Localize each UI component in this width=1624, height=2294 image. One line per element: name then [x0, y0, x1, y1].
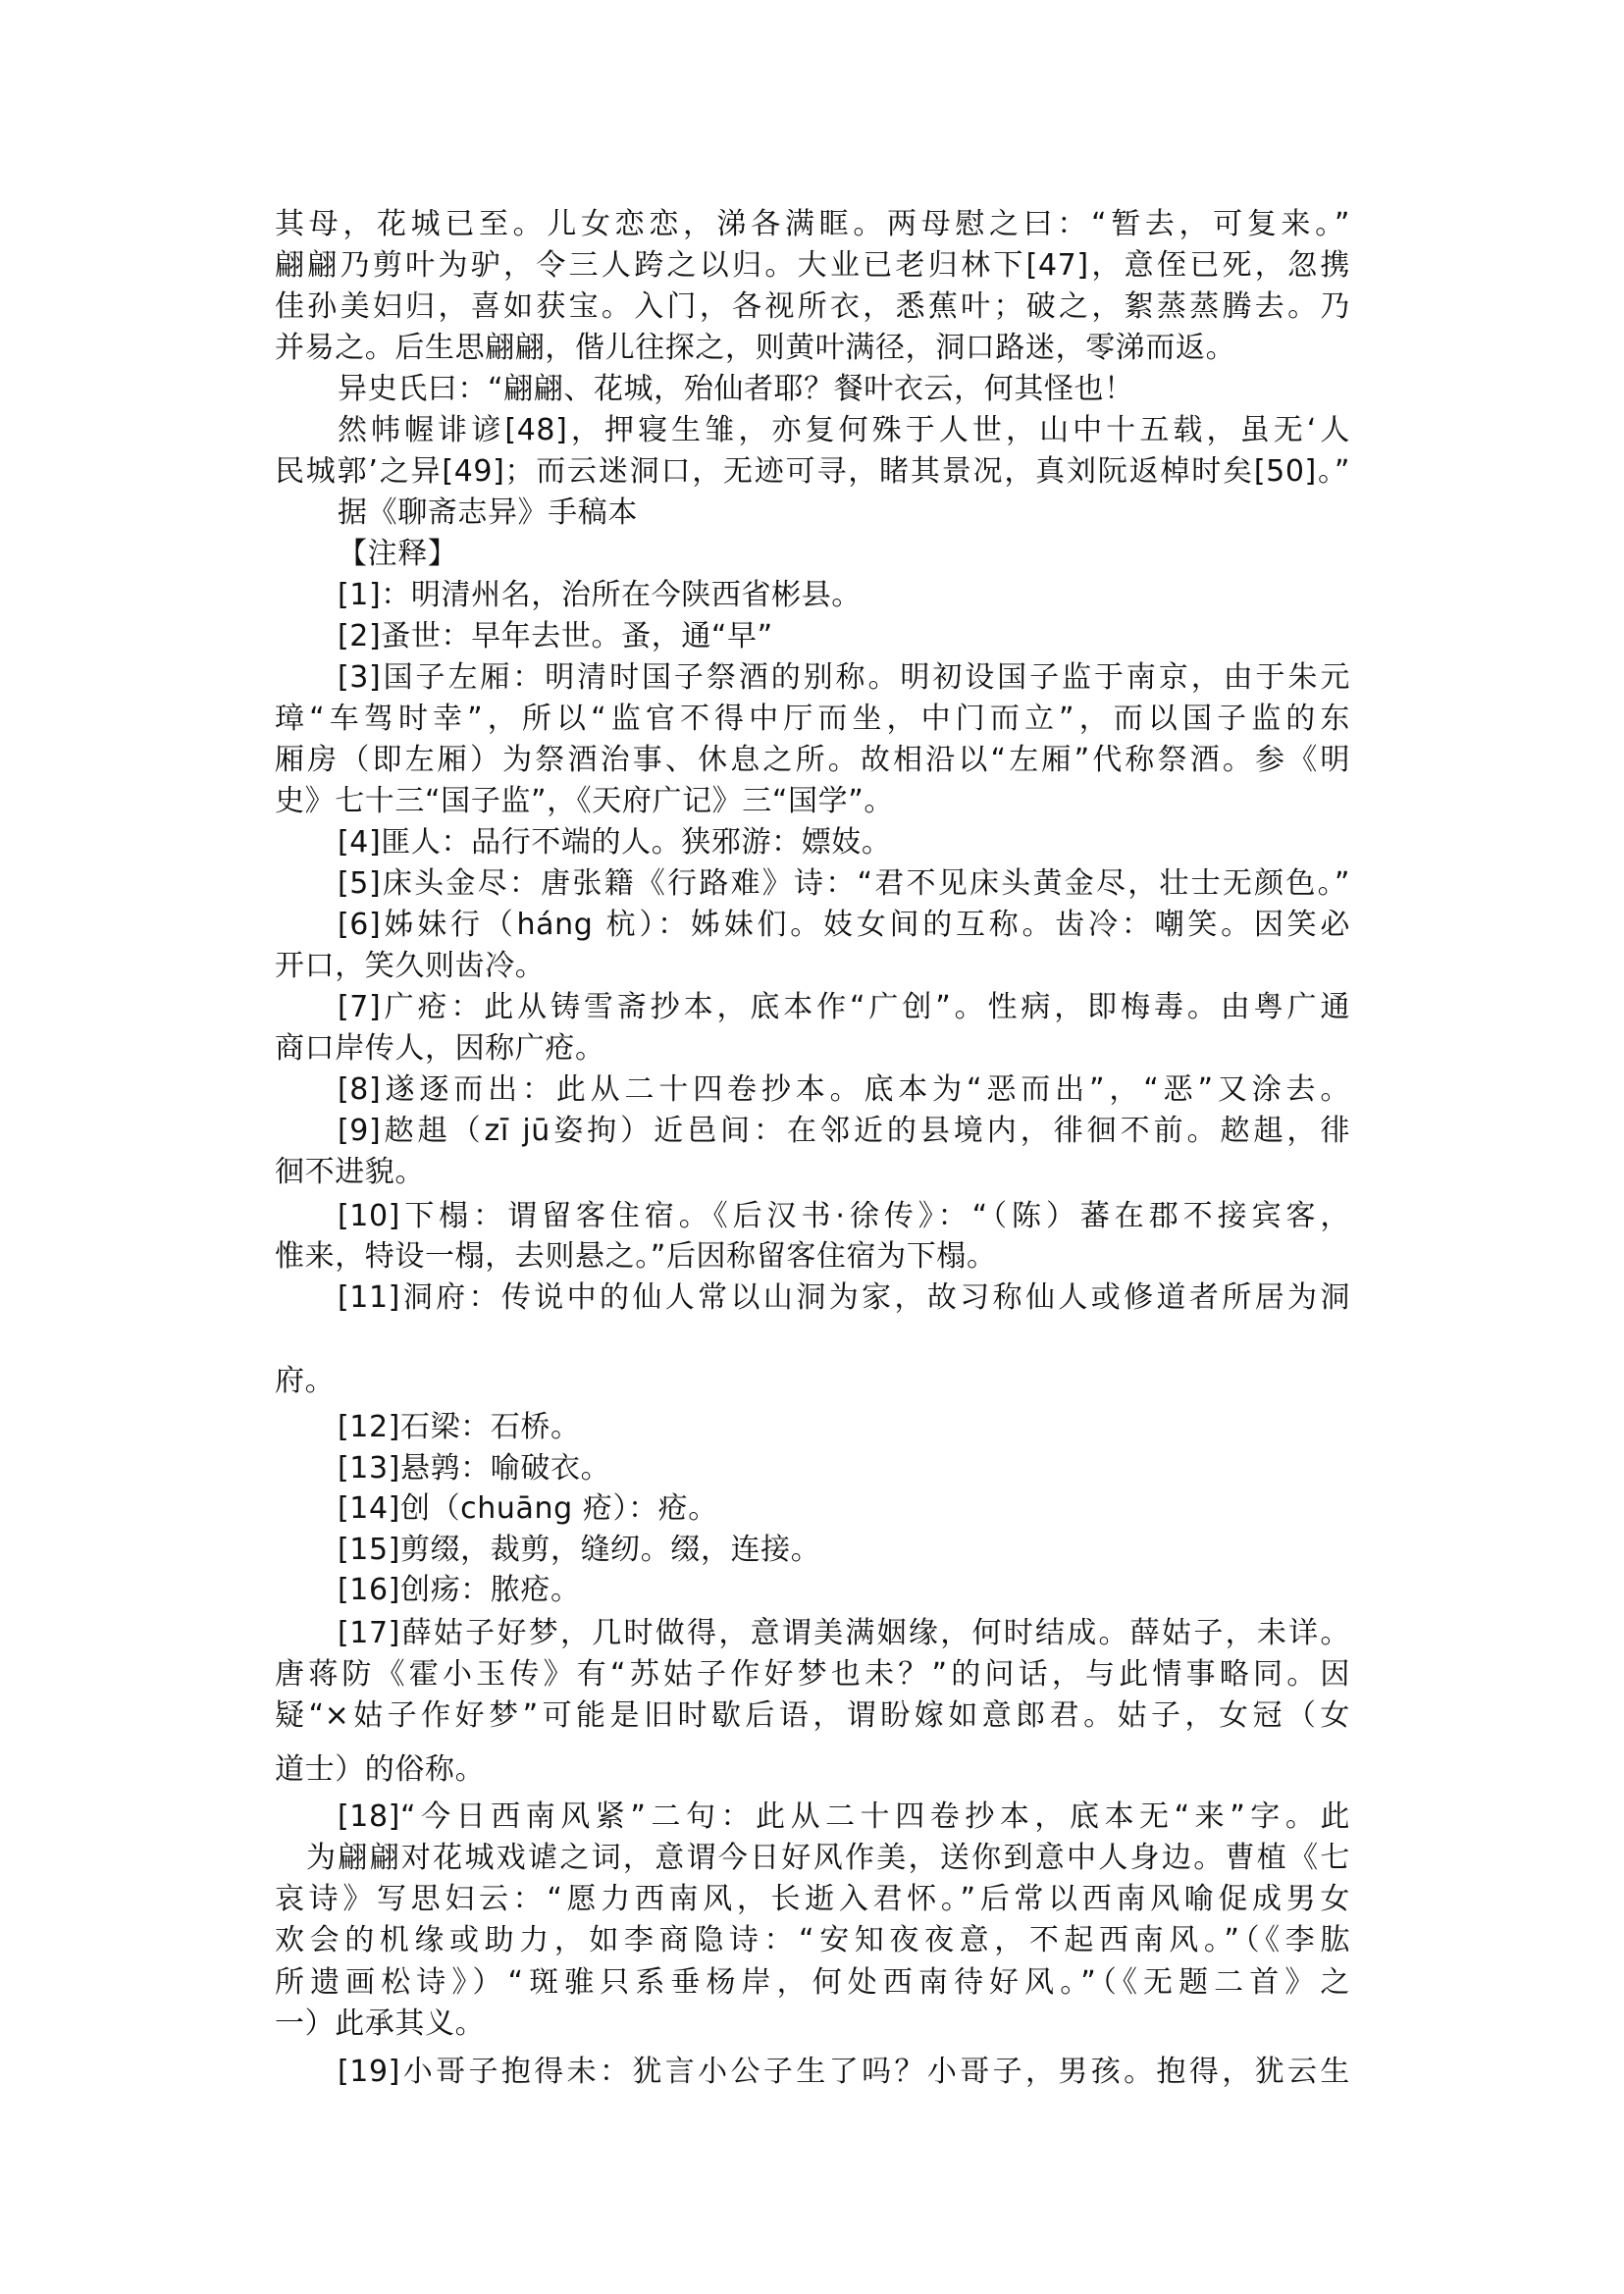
- text-line: [6]姊妹行（háng 杭）：姊妹们。妓女间的互称。齿冷：嘲笑。因笑必: [338, 906, 1350, 945]
- text-line: [11]洞府：传说中的仙人常以山洞为家，故习称仙人或修道者所居为洞: [338, 1278, 1350, 1318]
- text-line: 【注释】: [338, 535, 1350, 574]
- text-line: [18]“今日西南风紧”二句：此从二十四卷抄本，底本无“来”字。此: [338, 1798, 1350, 1837]
- text-line: [2]蚤世：早年去世。蚤，通“早”: [338, 617, 1350, 656]
- text-line: 史》七十三“国子监”，《天府广记》三“国学”。: [275, 782, 1350, 821]
- text-line: 据《聊斋志异》手稿本: [338, 494, 1350, 533]
- text-line: 徊不进貌。: [275, 1153, 1350, 1192]
- text-line: 异史氏曰：“翩翩、花城，殆仙者耶？餐叶衣云，何其怪也！: [338, 370, 1350, 409]
- text-line: 佳孙美妇归，喜如获宝。入门，各视所衣，悉蕉叶；破之，絮蒸蒸腾去。乃: [275, 287, 1350, 327]
- text-line: [4]匪人：品行不端的人。狭邪游：嫖妓。: [338, 823, 1350, 862]
- text-line: [13]悬鹑：喻破衣。: [338, 1449, 1350, 1488]
- text-line: 其母，花城已至。儿女恋恋，涕各满眶。两母慰之曰：“暂去，可复来。”: [275, 205, 1350, 244]
- text-line: 疑“×姑子作好梦”可能是旧时歇后语，谓盼嫁如意郎君。姑子，女冠（女: [275, 1696, 1350, 1736]
- text-line: [14]创（chuāng 疮）：疮。: [338, 1489, 1350, 1529]
- text-line: 为翩翩对花城戏谑之词，意谓今日好风作美，送你到意中人身边。曹植《七: [306, 1839, 1350, 1878]
- text-line: 开口，笑久则齿冷。: [275, 947, 1350, 986]
- text-line: [5]床头金尽：唐张籍《行路难》诗：“君不见床头黄金尽，壮士无颜色。”: [338, 864, 1350, 904]
- text-line: 道士）的俗称。: [275, 1750, 1350, 1790]
- text-line: 惟来，特设一榻，去则悬之。”后因称留客住宿为下榻。: [275, 1237, 1350, 1277]
- text-line: [3]国子左厢：明清时国子祭酒的别称。明初设国子监于南京，由于朱元: [338, 658, 1350, 698]
- text-line: [19]小哥子抱得未：犹言小公子生了吗？小哥子，男孩。抱得，犹云生: [338, 2053, 1350, 2092]
- text-line: 府。: [275, 1362, 1350, 1401]
- text-line: 厢房（即左厢）为祭酒治事、休息之所。故相沿以“左厢”代称祭酒。参《明: [275, 741, 1350, 780]
- text-line: 哀诗》写思妇云：“愿力西南风，长逝入君怀。”后常以西南风喻促成男女: [275, 1880, 1350, 1919]
- text-line: [17]薛姑子好梦，几时做得，意谓美满姻缘，何时结成。薛姑子，未详。: [338, 1614, 1350, 1653]
- text-line: 所遗画松诗》）“斑骓只系垂杨岸，何处西南待好风。”（《无题二首》之: [275, 1963, 1350, 2003]
- text-line: [15]剪缀，裁剪，缝纫。缀，连接。: [338, 1531, 1350, 1570]
- text-line: [16]创疡：脓疮。: [338, 1571, 1350, 1610]
- text-line: [12]石梁：石桥。: [338, 1408, 1350, 1447]
- text-line: 璋“车驾时幸”，所以“监官不得中厅而坐，中门而立”，而以国子监的东: [275, 700, 1350, 739]
- document-page: 其母，花城已至。儿女恋恋，涕各满眶。两母慰之曰：“暂去，可复来。”翩翩乃剪叶为驴…: [0, 0, 1624, 2294]
- text-line: [9]趑趄（zī jū姿拘）近邑间：在邻近的县境内，徘徊不前。趑趄，徘: [338, 1112, 1350, 1151]
- text-line: 并易之。后生思翩翩，偕儿往探之，则黄叶满径，洞口路迷，零涕而返。: [275, 329, 1350, 368]
- text-line: 欢会的机缘或助力，如李商隐诗：“安知夜夜意，不起西南风。”（《李肱: [275, 1921, 1350, 1960]
- text-line: [1]：明清州名，治所在今陕西省彬县。: [338, 576, 1350, 615]
- text-line: 唐蒋防《霍小玉传》有“苏姑子作好梦也未？”的问话，与此情事略同。因: [275, 1655, 1350, 1694]
- text-line: 一）此承其义。: [275, 2005, 1350, 2044]
- text-line: [8]遂逐而出：此从二十四卷抄本。底本为“恶而出”，“恶”又涂去。: [338, 1070, 1350, 1110]
- text-line: 翩翩乃剪叶为驴，令三人跨之以归。大业已老归林下[47]，意侄已死，忽携: [275, 246, 1350, 286]
- text-line: 然帏幄诽谚[48]，押寝生雏，亦复何殊于人世，山中十五载，虽无‘人: [338, 411, 1350, 450]
- text-line: 商口岸传人，因称广疮。: [275, 1029, 1350, 1069]
- text-line: [7]广疮：此从铸雪斋抄本，底本作“广创”。性病，即梅毒。由粤广通: [338, 988, 1350, 1027]
- text-line: [10]下榻：谓留客住宿。《后汉书·徐传》：“（陈）蕃在郡不接宾客，: [338, 1197, 1350, 1236]
- text-line: 民城郭’之异[49]；而云迷洞口，无迹可寻，睹其景况，真刘阮返棹时矣[50]。”: [275, 452, 1350, 492]
